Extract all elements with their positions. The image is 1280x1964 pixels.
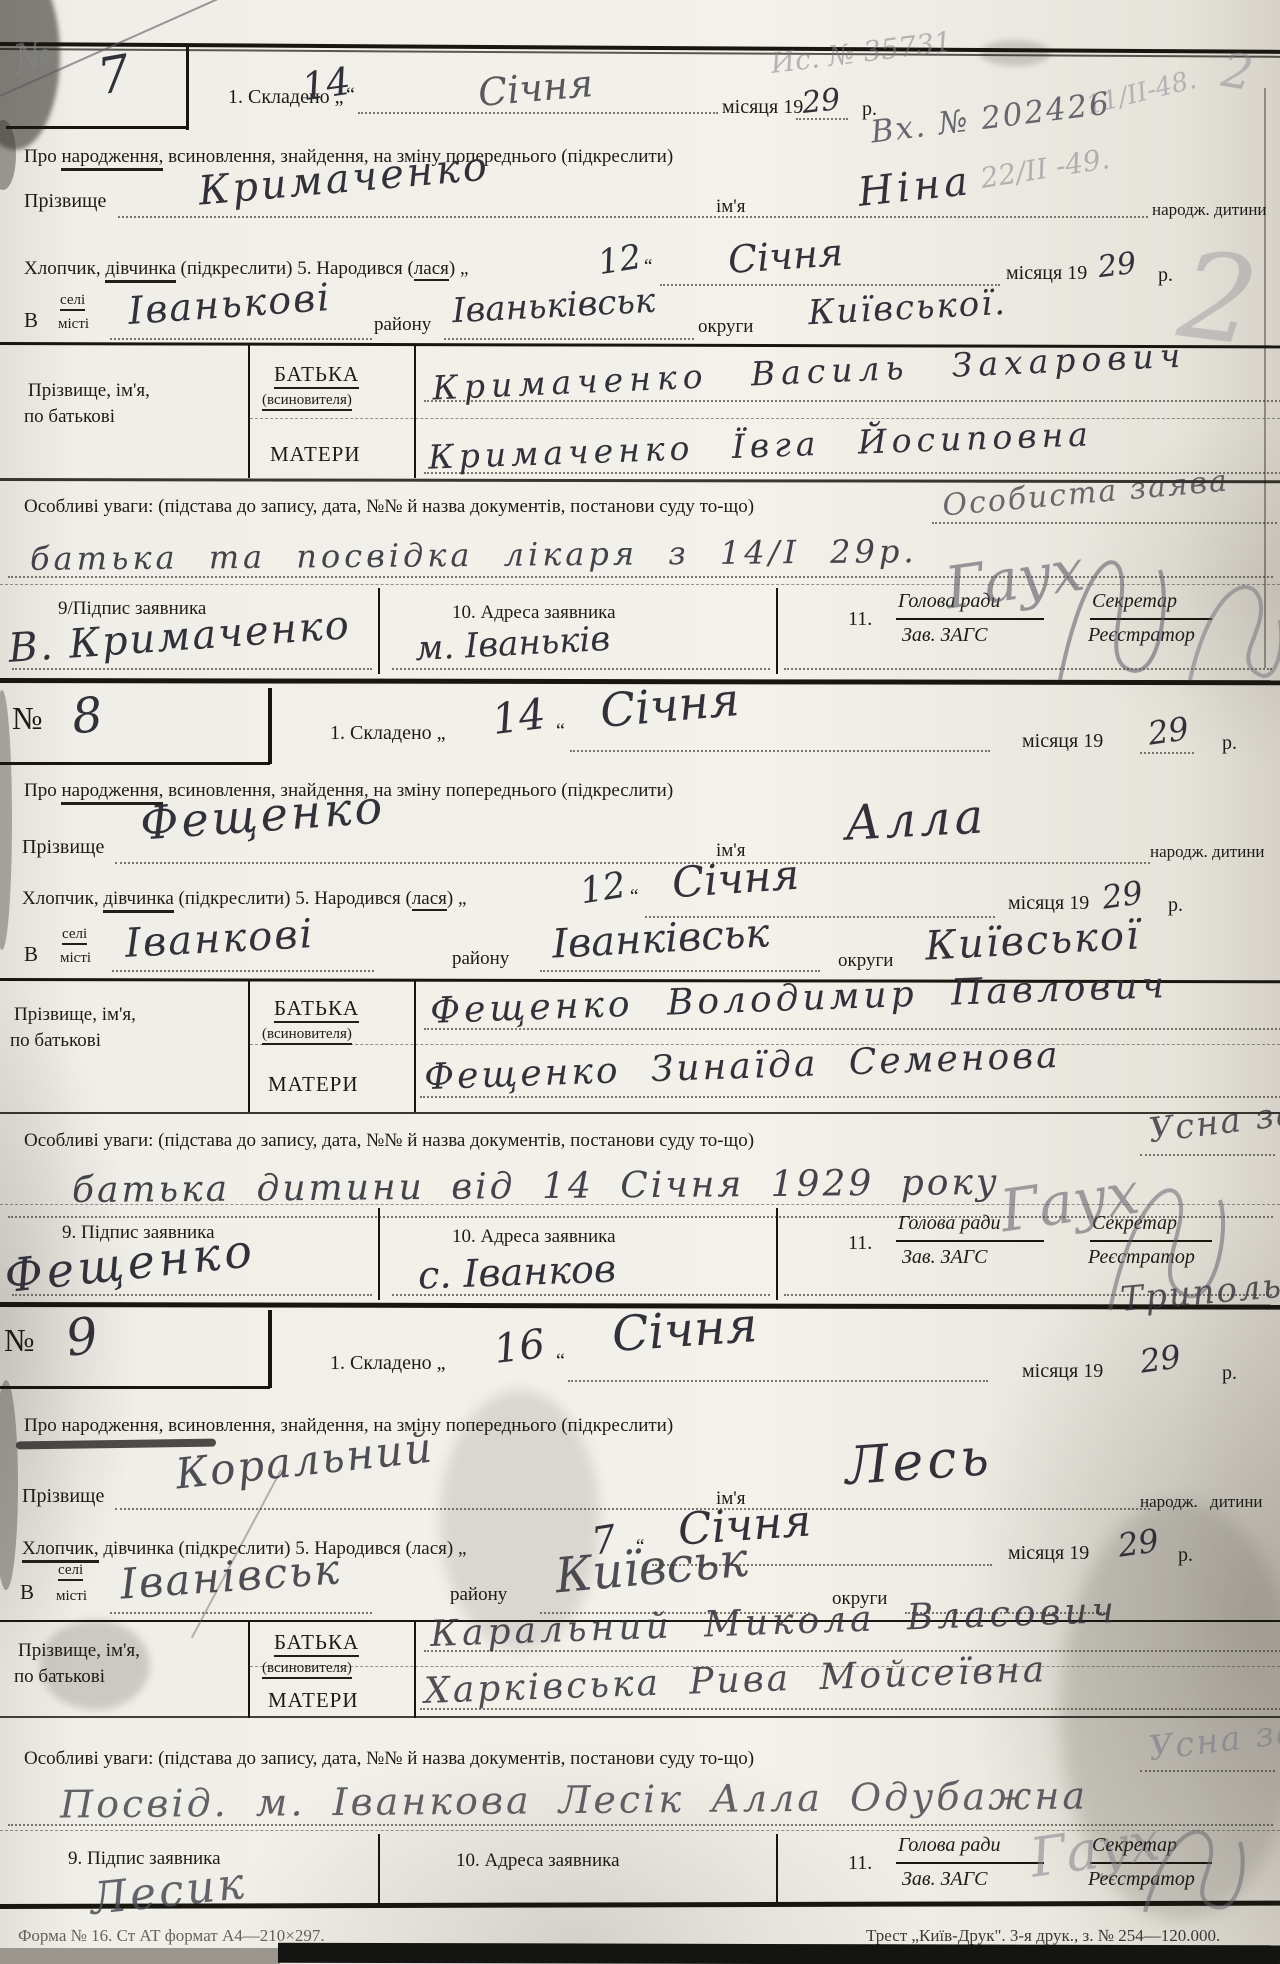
record3-address-label: 10. Адреса заявника xyxy=(456,1850,620,1872)
record1-remarks-label: Особливі уваги: (підстава до запису, дат… xyxy=(24,496,754,518)
record2-no-box-right xyxy=(268,688,272,764)
record1-misyatsya: місяця 19 xyxy=(722,96,803,119)
record1-birth-day: 12 xyxy=(595,237,644,283)
scan-bottom-band-dark xyxy=(278,1943,1280,1964)
record2-separator2 xyxy=(0,1112,1280,1114)
record2-applicant-signature: Фещенко xyxy=(2,1223,258,1303)
record1-misti: місті xyxy=(58,316,89,333)
record2-surname-label: Прізвище xyxy=(22,836,104,859)
record1-born-rik: р. xyxy=(1158,264,1173,287)
record1-parents-label1: Прізвище, ім'я, xyxy=(28,380,150,402)
record2-father-sub: (всиновителя) xyxy=(262,1026,352,1045)
record1-name-label: ім'я xyxy=(716,196,745,218)
record3-parents-vline2 xyxy=(414,1622,416,1718)
ruled-line xyxy=(420,1096,1280,1098)
record2-skladeno-label: 1. Складено „ xyxy=(330,722,446,745)
record3-parents-vline1 xyxy=(248,1622,250,1718)
record1-v-label: В xyxy=(24,308,38,333)
record2-address-label: 10. Адреса заявника xyxy=(452,1226,616,1248)
record2-remark-top: Усна заява xyxy=(1146,1085,1280,1151)
record1-parents-label2: по батькові xyxy=(24,406,115,428)
record3-born-rik: р. xyxy=(1178,1544,1193,1567)
record3-made-year: 29 xyxy=(1138,1337,1184,1380)
record2-parents-label2: по батькові xyxy=(10,1030,101,1052)
record2-made-year: 29 xyxy=(1146,709,1192,752)
record2-sigrow-vline1 xyxy=(378,1208,380,1300)
stain xyxy=(0,690,12,950)
record2-mother-label: МАТЕРИ xyxy=(268,1072,359,1097)
record1-rayonu-label: району xyxy=(374,314,431,336)
record1-made-month: Січня xyxy=(476,61,594,115)
annotation-reg-note: Ис. № 35731 xyxy=(769,25,954,80)
record1-no-box-right xyxy=(186,46,189,130)
record3-sigrow-vline2 xyxy=(776,1834,778,1904)
record3-born-misyatsya: місяця 19 xyxy=(1008,1542,1089,1565)
record3-mother-label: МАТЕРИ xyxy=(268,1688,359,1713)
underlined-girl: дівчинка xyxy=(105,258,175,283)
ruled-line xyxy=(112,970,374,972)
record1-head2-label: Зав. ЗАГС xyxy=(902,624,987,647)
quote: “ xyxy=(630,886,638,908)
ruled-line xyxy=(110,338,372,340)
record2-born-rik: р. xyxy=(1168,894,1183,917)
underlined-girl: дівчинка xyxy=(103,888,173,913)
record1-sigrow-vline1 xyxy=(378,588,380,674)
record3-misti: місті xyxy=(56,1588,87,1605)
record2-rik: р. xyxy=(1222,732,1237,755)
scanned-registry-page: № 7 1. Складено „ 14 “ Січня місяця 19 2… xyxy=(0,0,1280,1964)
record1-seli: селі xyxy=(60,292,85,311)
record2-village: Іванкові xyxy=(124,911,315,967)
record3-parents-label1: Прізвище, ім'я, xyxy=(18,1640,140,1662)
record1-address: м. Іваньків xyxy=(414,619,611,669)
record3-rik: р. xyxy=(1222,1362,1237,1385)
ruled-line xyxy=(12,668,372,670)
record1-number-value: 7 xyxy=(93,44,134,107)
record1-born-misyatsya: місяця 19 xyxy=(1006,262,1087,285)
record2-district: Іванківськ xyxy=(551,910,770,967)
record3-mother-name: Харківська Рива Мойсеївна xyxy=(423,1649,1047,1712)
record2-remark-line: батька дитини від 14 Січня 1929 року xyxy=(72,1162,1000,1211)
record1-remark-line: батька та посвідка лікаря з 14/І 29р. xyxy=(30,532,918,578)
annotation-incoming-number: Вх. № 202426 xyxy=(869,85,1113,150)
record3-remarks-label: Особливі уваги: (підстава до запису, дат… xyxy=(24,1748,754,1770)
record3-child-label: народж. дитини xyxy=(1140,1492,1263,1512)
record2-number-value: 8 xyxy=(69,687,105,746)
record3-father-sub: (всиновителя) xyxy=(262,1660,352,1679)
underlined-boy: Хлопчик, xyxy=(22,1538,99,1563)
record2-misyatsya: місяця 19 xyxy=(1022,730,1103,753)
record1-district: Іваньківськ xyxy=(451,281,656,332)
record2-birth-year: 29 xyxy=(1100,873,1146,916)
record2-no-label: № xyxy=(12,700,43,737)
record1-made-day: 14 xyxy=(299,59,353,109)
record1-okruha: Київської. xyxy=(807,283,1008,333)
record3-no-box-bottom xyxy=(0,1386,270,1389)
record1-birth-year: 29 xyxy=(1096,246,1138,285)
signature-flourish xyxy=(1180,560,1280,690)
ruled-line xyxy=(1140,1154,1275,1156)
record1-made-year: 29 xyxy=(800,82,842,121)
record3-v-label: В xyxy=(20,1580,34,1605)
quote: “ xyxy=(644,256,652,278)
record2-made-day: 14 xyxy=(489,689,548,744)
footer-right: Трест „Київ-Друк". 3-я друк., з. № 254—1… xyxy=(866,1926,1220,1946)
record2-rayonu-label: району xyxy=(452,948,509,970)
record2-father-name: Фещенко Володимир Павлович xyxy=(430,965,1169,1032)
record3-remark-line: Посвід. м. Іванкова Лесік Алла Одубажна xyxy=(60,1774,1088,1827)
record2-v-label: В xyxy=(24,942,38,967)
ruled-line xyxy=(1140,752,1194,754)
ruled-line xyxy=(444,338,694,340)
record2-remarks-label: Особливі уваги: (підстава до запису, дат… xyxy=(24,1130,754,1152)
record3-seli: селі xyxy=(58,1562,83,1581)
ruled-line xyxy=(118,216,1148,218)
record2-parents-vline2 xyxy=(414,981,416,1112)
record3-separator2 xyxy=(0,1716,1280,1718)
record1-no-box-bottom xyxy=(6,126,188,129)
record3-no-label: № xyxy=(4,1322,35,1359)
quote: “ xyxy=(556,720,565,743)
record2-birth-month: Січня xyxy=(670,850,800,908)
ruled-line xyxy=(1140,1770,1275,1772)
record1-village: Іванькові xyxy=(127,275,333,333)
signature-flourish xyxy=(1130,1812,1260,1922)
scan-bottom-band-light xyxy=(0,1948,280,1964)
ruled-line xyxy=(250,418,1280,419)
record2-okruhy-label: округи xyxy=(838,950,893,972)
ruled-line xyxy=(424,1028,1280,1030)
record2-misti: місті xyxy=(60,950,91,967)
record3-number-value: 9 xyxy=(62,1306,102,1368)
record1-father-label: БАТЬКА xyxy=(274,362,359,389)
record3-father-label: БАТЬКА xyxy=(274,1630,359,1657)
record2-born-misyatsya: місяця 19 xyxy=(1008,892,1089,915)
record2-head2-label: Зав. ЗАГС xyxy=(902,1246,987,1269)
record1-parents-vline2 xyxy=(414,345,416,478)
record3-parents-label2: по батькові xyxy=(14,1666,105,1688)
record2-father-label: БАТЬКА xyxy=(274,996,359,1023)
ruled-line xyxy=(568,1380,988,1382)
record1-parents-vline1 xyxy=(248,345,250,478)
record1-n11: 11. xyxy=(848,608,872,631)
record2-seli: селі xyxy=(62,926,87,945)
annotation-date2: 22/ІІ -49. xyxy=(978,142,1112,195)
stain xyxy=(40,1620,150,1710)
record1-surname-label: Прізвище xyxy=(24,190,106,213)
ruled-line xyxy=(540,970,820,972)
record1-child-label: народж. дитини xyxy=(1152,200,1267,220)
record3-rayonu-label: району xyxy=(450,1584,507,1606)
ruled-line xyxy=(570,750,990,752)
stain xyxy=(980,40,1050,66)
ruled-line xyxy=(392,668,770,670)
underlined-lasya: лася xyxy=(412,888,447,911)
stain xyxy=(0,1380,18,1590)
record1-birth-month: Січня xyxy=(727,230,845,282)
record1-mother-name: Кримаченко Ївга Йосиповна xyxy=(428,414,1094,476)
record3-head2-label: Зав. ЗАГС xyxy=(902,1868,987,1891)
ruled-line xyxy=(115,1508,1150,1510)
record2-no-box-bottom xyxy=(0,762,270,765)
record3-sigrow-vline1 xyxy=(378,1834,380,1904)
record2-name: Алла xyxy=(844,788,989,851)
record1-father-sub: (всиновителя) xyxy=(262,392,352,411)
signature-flourish xyxy=(1090,1160,1250,1320)
underlined-lasya: лася xyxy=(414,258,449,281)
quote: “ xyxy=(556,1350,565,1373)
record2-made-month: Січня xyxy=(598,672,741,738)
ruled-line xyxy=(932,522,1277,524)
ruled-line xyxy=(115,862,1150,864)
record3-surname-label: Прізвище xyxy=(22,1485,104,1508)
record2-parents-label1: Прізвище, ім'я, xyxy=(14,1004,136,1026)
record1-sigrow-vline2 xyxy=(776,588,778,674)
record3-head1-label: Голова ради xyxy=(898,1834,1000,1857)
record2-birth-day: 12 xyxy=(577,865,629,913)
record2-address: с. Іванков xyxy=(417,1247,616,1298)
record3-no-box-right xyxy=(268,1310,272,1388)
record3-n11: 11. xyxy=(848,1852,872,1875)
record2-child-label: народж. дитини xyxy=(1150,842,1265,862)
record3-misyatsya: місяця 19 xyxy=(1022,1360,1103,1383)
record2-sigrow-vline2 xyxy=(776,1208,778,1300)
record1-mother-label: МАТЕРИ xyxy=(270,442,361,467)
record1-okruhy-label: округи xyxy=(698,316,753,338)
ruled-line xyxy=(420,1708,1280,1710)
ruled-line xyxy=(358,112,718,114)
record2-born-line: Хлопчик, дівчинка (підкреслити) 5. Народ… xyxy=(22,888,466,910)
record3-head-frac xyxy=(896,1862,1044,1864)
ruled-line xyxy=(110,1612,372,1614)
record3-made-month: Січня xyxy=(610,1297,759,1363)
record3-made-day: 16 xyxy=(491,1321,547,1373)
record1-born-line: Хлопчик, дівчинка (підкреслити) 5. Народ… xyxy=(24,258,468,280)
record2-okruha: Київської xyxy=(924,912,1142,969)
record3-skladeno-label: 1. Складено „ xyxy=(330,1352,446,1375)
underlined-birth: народження, xyxy=(61,146,163,171)
record3-birth-year: 29 xyxy=(1116,1521,1162,1564)
record3-name: Лесь xyxy=(843,1427,994,1497)
record2-parents-vline1 xyxy=(248,981,250,1112)
record1-name: Ніна xyxy=(856,158,974,216)
record2-n11: 11. xyxy=(848,1232,872,1255)
record2-head1-label: Голова ради xyxy=(898,1212,1000,1235)
